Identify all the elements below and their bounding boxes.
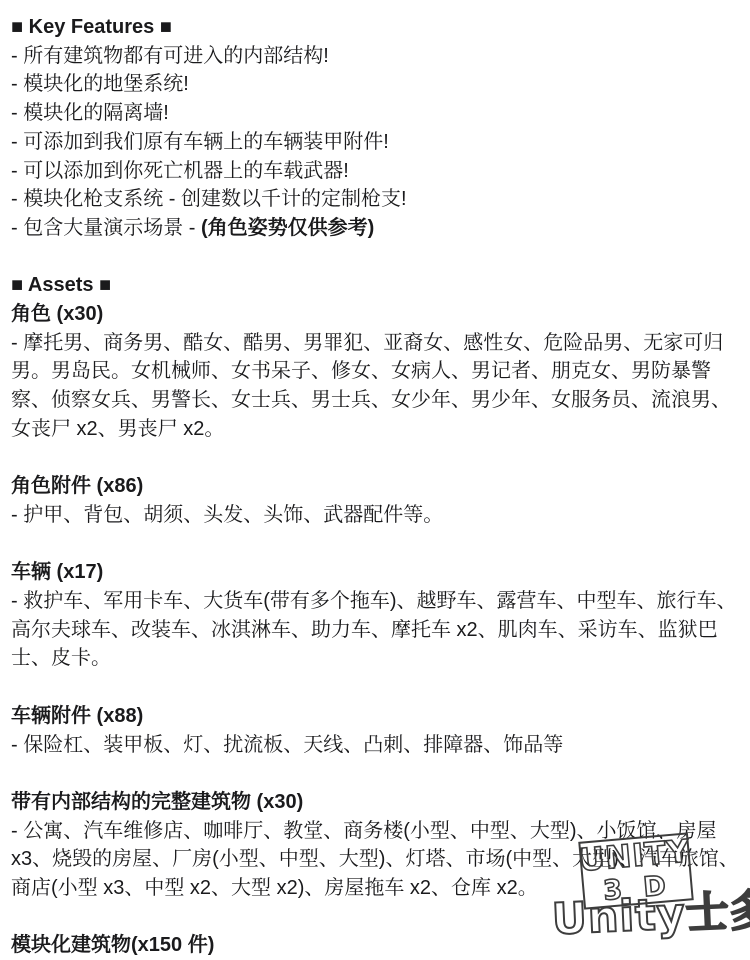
key-feature-item: - 所有建筑物都有可进入的内部结构! [11, 42, 741, 71]
page: ■ Key Features ■ - 所有建筑物都有可进入的内部结构! - 模块… [0, 0, 750, 960]
asset-section-body: - 摩托男、商务男、酷女、酷男、男罪犯、亚裔女、感性女、危险品男、无家可归男。男… [11, 329, 741, 444]
key-feature-item: - 模块化的隔离墙! [11, 99, 741, 128]
document-body: ■ Key Features ■ - 所有建筑物都有可进入的内部结构! - 模块… [0, 0, 750, 960]
assets-heading: ■ Assets ■ [11, 271, 741, 300]
asset-section-title: 角色附件 (x86) [11, 472, 741, 501]
asset-section-body: - 保险杠、装甲板、灯、扰流板、天线、凸刺、排障器、饰品等 [11, 731, 741, 760]
key-feature-demo-note: (角色姿势仅供参考) [201, 217, 374, 239]
key-feature-item: - 可以添加到你死亡机器上的车载武器! [11, 157, 741, 186]
key-feature-item-demo-scenes: - 包含大量演示场景 - (角色姿势仅供参考) [11, 214, 741, 243]
asset-section-title: 车辆附件 (x88) [11, 702, 741, 731]
asset-section-complete-buildings: 带有内部结构的完整建筑物 (x30) - 公寓、汽车维修店、咖啡厅、教堂、商务楼… [11, 788, 741, 903]
asset-section-title: 模块化建筑物(x150 件) [11, 931, 741, 960]
asset-section-modular-buildings: 模块化建筑物(x150 件) [11, 931, 741, 960]
key-feature-item: - 模块化枪支系统 - 创建数以千计的定制枪支! [11, 185, 741, 214]
asset-section-title: 车辆 (x17) [11, 558, 741, 587]
asset-section-title: 角色 (x30) [11, 300, 741, 329]
key-feature-item: - 可添加到我们原有车辆上的车辆装甲附件! [11, 128, 741, 157]
asset-section-characters: 角色 (x30) - 摩托男、商务男、酷女、酷男、男罪犯、亚裔女、感性女、危险品… [11, 300, 741, 444]
asset-section-character-attachments: 角色附件 (x86) - 护甲、背包、胡须、头发、头饰、武器配件等。 [11, 472, 741, 529]
key-feature-item: - 模块化的地堡系统! [11, 70, 741, 99]
asset-section-title: 带有内部结构的完整建筑物 (x30) [11, 788, 741, 817]
key-feature-demo-prefix: - 包含大量演示场景 - [11, 217, 201, 239]
asset-section-body: - 救护车、军用卡车、大货车(带有多个拖车)、越野车、露营车、中型车、旅行车、高… [11, 587, 741, 673]
asset-section-vehicle-attachments: 车辆附件 (x88) - 保险杠、装甲板、灯、扰流板、天线、凸刺、排障器、饰品等 [11, 702, 741, 759]
key-features-heading: ■ Key Features ■ [11, 13, 741, 42]
asset-section-vehicles: 车辆 (x17) - 救护车、军用卡车、大货车(带有多个拖车)、越野车、露营车、… [11, 558, 741, 673]
asset-section-body: - 公寓、汽车维修店、咖啡厅、教堂、商务楼(小型、中型、大型)、小饭馆、房屋 x… [11, 817, 741, 903]
asset-section-body: - 护甲、背包、胡须、头发、头饰、武器配件等。 [11, 501, 741, 530]
